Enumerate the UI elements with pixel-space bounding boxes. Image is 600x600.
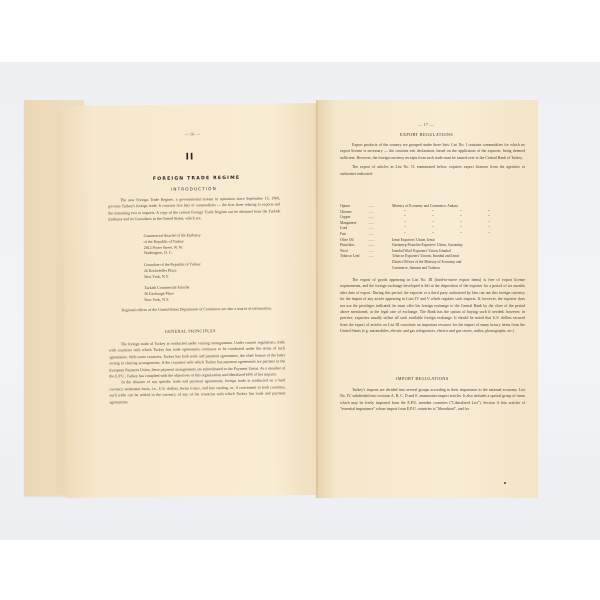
regional-note-text: Regional offices of the United States De…	[109, 305, 283, 314]
export-regulations-heading: EXPORT REGULATIONS	[400, 132, 453, 137]
license-table-row: Commerce, Samsun and Trabzon	[340, 266, 504, 272]
import-paragraph: Turkey's imports are divided into severa…	[340, 387, 525, 413]
export-paragraph-1: Export products of the country are group…	[340, 142, 525, 161]
address-commercial-attache: Turkish Commercial Attaché 50 Exchange P…	[144, 285, 189, 303]
export-paragraph-3: The export of goods appearing in List No…	[340, 277, 525, 335]
export-body: Export products of the country are group…	[340, 142, 525, 177]
leader-dots	[368, 266, 392, 272]
left-page: — 16 — II FOREIGN TRADE REGIME INTRODUCT…	[62, 103, 325, 498]
license-article	[340, 266, 368, 272]
export-list-iii-text: The export of goods appearing in List No…	[340, 277, 525, 335]
gp-paragraph-1: The foreign trade of Turkey is conducted…	[109, 339, 285, 380]
chapter-title: FOREIGN TRADE REGIME	[153, 176, 240, 182]
page-number-right: — 17 —	[418, 122, 434, 127]
gp-paragraph-2: In the absence of any specific trade and…	[109, 378, 285, 406]
import-regulations-heading: IMPORT REGULATIONS	[396, 376, 449, 381]
intro-text: The new Foreign Trade Regime, a governme…	[108, 195, 280, 223]
general-principles-heading: GENERAL PRINCIPLES	[165, 328, 216, 334]
export-license-table: Opium..........Ministry of Economy and C…	[340, 204, 504, 271]
general-principles-body: The foreign trade of Turkey is conducted…	[109, 339, 286, 405]
license-authority: Commerce, Samsun and Trabzon	[392, 266, 504, 272]
introduction-heading: INTRODUCTION	[171, 186, 217, 192]
import-body: Turkey's imports are divided into severa…	[340, 387, 525, 413]
printer-mark	[504, 482, 506, 484]
address-embassy: Commercial Attaché of the Embassy of the…	[144, 233, 201, 257]
page-number-left: — 16 —	[184, 131, 200, 136]
regional-note: Regional offices of the United States De…	[109, 305, 283, 314]
address-line: New York, N.Y.	[144, 274, 201, 280]
address-consulate: Consulate of the Republic of Turkey 26 R…	[144, 262, 201, 280]
intro-paragraph: The new Foreign Trade Regime, a governme…	[108, 195, 280, 223]
right-page: — 17 — EXPORT REGULATIONS Export product…	[318, 100, 538, 498]
chapter-number: II	[186, 152, 195, 162]
export-paragraph-2: The export of articles in List No. II, e…	[340, 164, 525, 177]
address-line: New York, N.Y.	[144, 297, 189, 303]
address-line: Washington, D. C.	[144, 251, 201, 257]
